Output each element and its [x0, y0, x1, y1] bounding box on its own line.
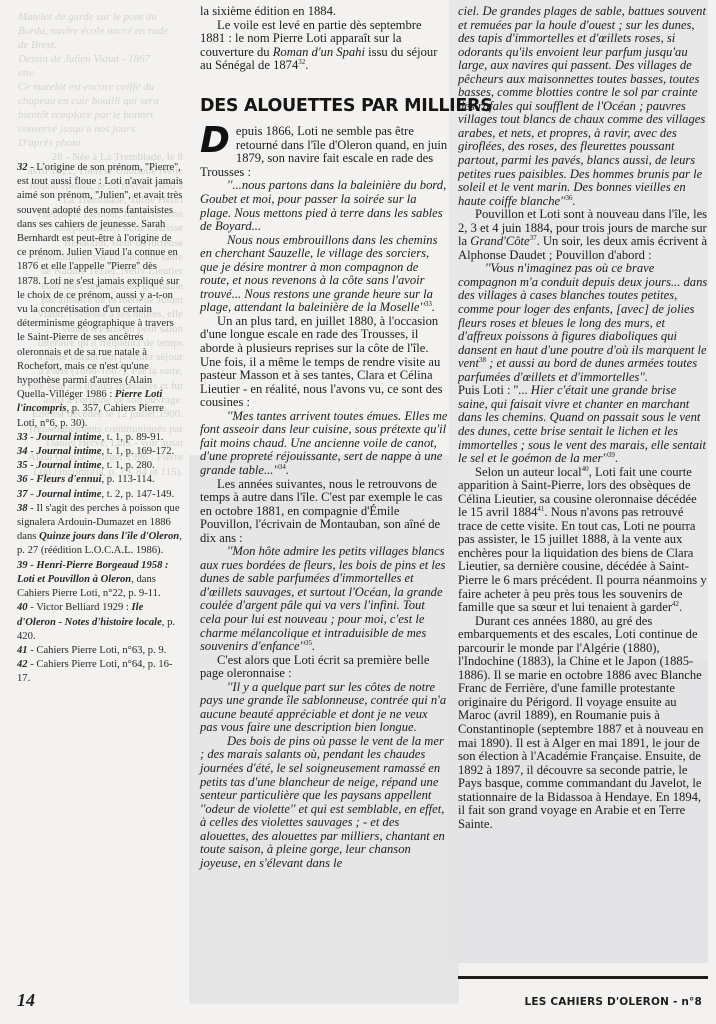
paragraph: ''...nous partons dans la baleinière du …: [200, 179, 448, 233]
text-run: - Cahiers Pierre Loti, n°64, p. 16-17.: [17, 659, 172, 684]
text-run: ''Mes tantes arrivent toutes émues. Elle…: [200, 409, 447, 477]
text-run: Fleurs d'ennui: [36, 474, 101, 485]
text-run: Les années suivantes, nous le retrouvons…: [200, 477, 442, 545]
text-run: Roman d'un Spahi: [273, 45, 365, 59]
footnote-ref: 35: [305, 639, 312, 647]
text-run: , t. 1, p. 89-91.: [101, 432, 163, 443]
paragraph: Les années suivantes, nous le retrouvons…: [200, 478, 448, 546]
paragraph: la sixième édition en 1884.: [200, 5, 448, 19]
footnote-ref: 42: [672, 600, 679, 608]
text-run: ''Vous n'imaginez pas où ce brave compag…: [458, 261, 707, 370]
text-run: ''...nous partons dans la baleinière du …: [200, 178, 446, 233]
paragraph: C'est alors que Loti écrit sa première b…: [200, 654, 448, 681]
paragraph: ''Mon hôte admire les petits villages bl…: [200, 545, 448, 653]
text-run: la sixième édition en 1884.: [200, 4, 336, 18]
text-run: .: [679, 600, 682, 614]
footnote-number: 33: [17, 432, 28, 443]
ghost-line: conservé jusqu'à nos jours.: [18, 122, 183, 136]
footnote-41: 41 - Cahiers Pierre Loti, n°63, p. 9.: [17, 644, 183, 658]
footnote-number: 42: [17, 659, 28, 670]
closing-rule: [458, 976, 708, 979]
footnote-34: 34 - Journal intime, t. 1, p. 169-172.: [17, 445, 183, 459]
footnote-ref: 39: [608, 451, 615, 459]
footnote-number: 36: [17, 474, 28, 485]
ghost-line: Ce matelot est encore coiffé du: [18, 80, 183, 94]
footnote-33: 33 - Journal intime, t. 1, p. 89-91.: [17, 431, 183, 445]
text-run: .: [312, 639, 315, 653]
footnote-35: 35 - Journal intime, t. 1, p. 280.: [17, 459, 183, 473]
text-run: , p. 113-114.: [101, 474, 154, 485]
paragraph: Un an plus tard, en juillet 1880, à l'oc…: [200, 315, 448, 410]
footnote-number: 34: [17, 446, 28, 457]
ghost-line: chapeau en cuir bouilli qui sera: [18, 94, 183, 108]
ghost-line: bientôt remplacé par le bonnet: [18, 108, 183, 122]
text-run: ''Mon hôte admire les petits villages bl…: [200, 544, 445, 653]
text-run: - L'origine de son prénom, ''Pierre'', e…: [17, 162, 183, 400]
ghost-line: de Brest.: [18, 38, 183, 52]
ghost-line: D'après photo: [18, 136, 183, 150]
text-run: ciel. De grandes plages de sable, battue…: [458, 4, 706, 208]
text-run: Durant ces années 1880, au gré des embar…: [458, 614, 704, 831]
footnote-42: 42 - Cahiers Pierre Loti, n°64, p. 16-17…: [17, 658, 183, 686]
text-run: , t. 1, p. 280.: [101, 460, 154, 471]
footnote-number: 41: [17, 645, 28, 656]
text-run: Journal intime: [36, 446, 101, 457]
page-number: 14: [17, 990, 35, 1011]
paragraph: Nous nous embrouillons dans les chemins …: [200, 234, 448, 315]
text-run: Journal intime: [36, 460, 101, 471]
footnote-ref: 33: [425, 300, 432, 308]
ghost-line: Borda, navire école ancré en rade: [18, 24, 183, 38]
text-run: .: [432, 300, 435, 314]
running-footer: LES CAHIERS D'OLERON - n°8: [524, 996, 702, 1008]
text-run: .: [615, 451, 618, 465]
footnotes-column: 32 - L'origine de son prénom, ''Pierre''…: [17, 161, 183, 687]
paragraph: Durant ces années 1880, au gré des embar…: [458, 615, 708, 832]
text-run: Nous nous embrouillons dans les chemins …: [200, 233, 437, 315]
footnote-number: 38: [17, 503, 28, 514]
drop-cap: D: [200, 126, 230, 154]
text-run: Selon un auteur local: [475, 465, 582, 479]
ghost-line: env.: [18, 66, 183, 80]
text-run: - Cahiers Pierre Loti, n°63, p. 9.: [28, 645, 167, 656]
footnote-37: 37 - Journal intime, t. 2, p. 147-149.: [17, 488, 183, 502]
footnote-number: 32: [17, 162, 28, 173]
ghost-caption: Matelot de garde sur le pont duBorda, na…: [18, 10, 183, 150]
section-heading: DES ALOUETTES PAR MILLIERS: [200, 100, 448, 114]
text-run: , t. 1, p. 169-172.: [101, 446, 174, 457]
text-run: Journal intime: [36, 489, 101, 500]
text-run: Puis Loti : ''...: [458, 383, 531, 397]
footnote-40: 40 - Victor Belliard 1929 : Ile d'Oleron…: [17, 601, 183, 644]
paragraph: Depuis 1866, Loti ne semble pas être ret…: [200, 125, 448, 179]
ghost-line: Matelot de garde sur le pont du: [18, 10, 183, 24]
footnote-number: 35: [17, 460, 28, 471]
text-run: epuis 1866, Loti ne semble pas être reto…: [200, 124, 447, 179]
text-run: Grand'Côte: [470, 234, 529, 248]
footnote-number: 39: [17, 560, 28, 571]
paragraph: Des bois de pins où passe le vent de la …: [200, 735, 448, 870]
footnote-ref: 36: [566, 193, 573, 201]
text-run: ''Il y a quelque part sur les côtes de n…: [200, 680, 446, 735]
footnote-ref: 38: [479, 356, 486, 364]
paragraph: Puis Loti : ''... Hier c'était une grand…: [458, 384, 708, 465]
text-run: C'est alors que Loti écrit sa première b…: [200, 653, 429, 681]
paragraph: Pouvillon et Loti sont à nouveau dans l'…: [458, 208, 708, 262]
article-column-right: ciel. De grandes plages de sable, battue…: [458, 5, 708, 831]
paragraph: ''Vous n'imaginez pas où ce brave compag…: [458, 262, 708, 384]
paragraph: ''Mes tantes arrivent toutes émues. Elle…: [200, 410, 448, 478]
footnote-number: 37: [17, 489, 28, 500]
paragraph: ''Il y a quelque part sur les côtes de n…: [200, 681, 448, 735]
text-run: .: [573, 194, 576, 208]
text-run: , t. 2, p. 147-149.: [101, 489, 174, 500]
footnote-ref: 34: [279, 463, 286, 471]
footnote-39: 39 - Henri-Pierre Borgeaud 1958 : Loti e…: [17, 559, 183, 602]
footnote-ref: 40: [582, 464, 589, 472]
text-run: Journal intime: [36, 432, 101, 443]
text-run: Des bois de pins où passe le vent de la …: [200, 734, 445, 870]
text-run: - Victor Belliard 1929 :: [28, 602, 132, 613]
footnote-number: 40: [17, 602, 28, 613]
text-run: Un an plus tard, en juillet 1880, à l'oc…: [200, 314, 443, 409]
paragraph: ciel. De grandes plages de sable, battue…: [458, 5, 708, 208]
footnote-38: 38 - Il s'agit des perches à poisson que…: [17, 502, 183, 559]
text-run: .: [286, 463, 289, 477]
text-run: . Nous n'avons pas retrouvé trace de cet…: [458, 505, 707, 614]
paragraph: Selon un auteur local40, Loti fait une c…: [458, 466, 708, 615]
article-column-middle: la sixième édition en 1884.Le voile est …: [200, 5, 448, 870]
footnote-ref: 37: [530, 234, 537, 242]
text-run: .: [305, 58, 308, 72]
ghost-line: Dessin de Julien Viaud - 1867: [18, 52, 183, 66]
footnote-32: 32 - L'origine de son prénom, ''Pierre''…: [17, 161, 183, 431]
text-run: Quinze jours dans l'île d'Oleron: [39, 531, 179, 542]
text-run: ; et aussi au bord de dunes armées toute…: [458, 356, 697, 384]
paragraph: Le voile est levé en partie dès septembr…: [200, 19, 448, 73]
footnote-36: 36 - Fleurs d'ennui, p. 113-114.: [17, 473, 183, 487]
